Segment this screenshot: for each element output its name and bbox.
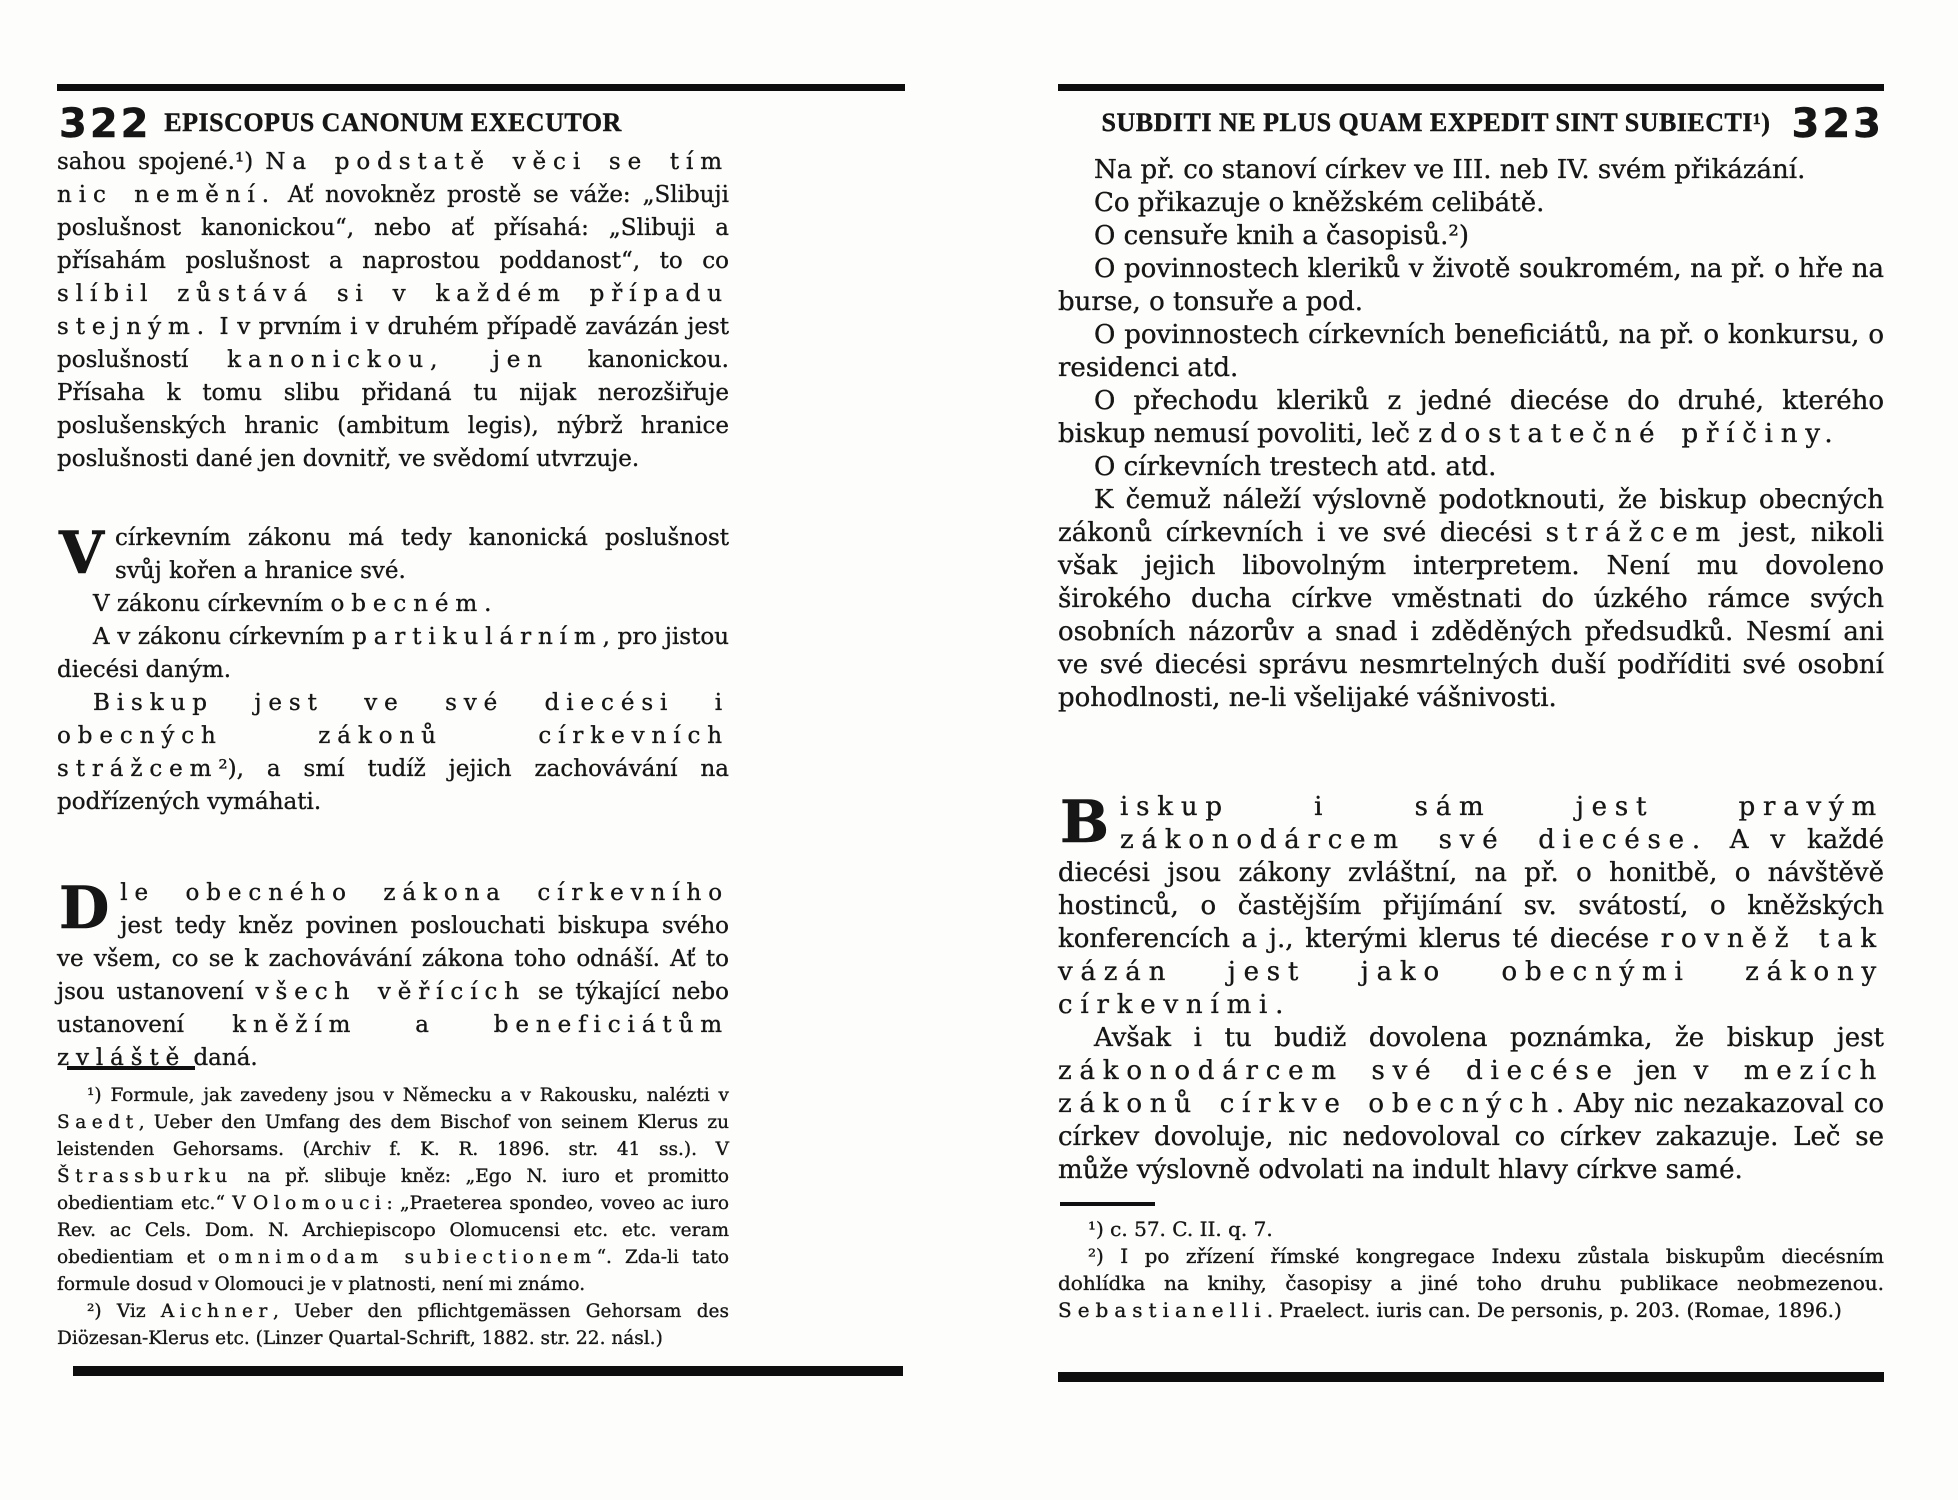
paragraph: Avšak i tu budiž dovolena poznámka, že b… [1058,1022,1884,1187]
drop-cap: B [1060,798,1109,846]
emphasized-spaced-text: omnimodam subiectionem [218,1247,596,1268]
paragraph: A v zákonu církevním partikulárním, pro … [57,621,729,687]
emphasized-spaced-text: partikulárním [352,624,603,650]
drop-cap: D [59,884,109,932]
bottom-rule-left [73,1366,903,1376]
footnote-2: ²) Viz Aichner, Ueber den pflichtgemässe… [57,1298,729,1352]
page-323: SUBDITI NE PLUS QUAM EXPEDIT SINT SUBIEC… [1058,84,1884,1394]
body-text: ¹) Formule, jak zavedeny jsou v Německu … [87,1085,729,1106]
paragraph: Na př. co stanoví církev ve III. neb IV.… [1058,154,1884,187]
body-text: sahou spojené.¹) [57,149,265,175]
paragraph-dropcap-b: Biskup i sám jest pravým zákonodárcem sv… [1058,791,1884,1022]
paragraph-dropcap-v: Vcírkevním zákonu má tedy kanonická posl… [57,522,729,588]
paragraph: V zákonu církevním obecném. [57,588,729,621]
body-text: jen [1620,1056,1694,1086]
body-text: ¹) c. 57. C. II. q. 7. [1088,1217,1273,1241]
bottom-rule-right [1058,1372,1884,1382]
body-text: O církevních trestech atd. atd. [1094,452,1496,482]
emphasized-spaced-text: strážcem [1546,518,1728,548]
page-body-left: sahou spojené.¹) Na podstatě věci se tím… [57,146,729,1075]
body-text: . Praelect. iuris can. De personis, p. 2… [1267,1298,1842,1322]
paragraph: K čemuž náleží výslovně podotknouti, že … [1058,484,1884,715]
paragraph: O povinnostech kleriků v životě soukromé… [1058,253,1884,319]
paragraph: Biskup jest ve své diecési i obecných zá… [57,687,729,819]
body-text: církevním zákonu má tedy kanonická poslu… [115,525,729,584]
body-text: O censuře knih a časopisů.²) [1094,221,1469,251]
footnotes-right: ¹) c. 57. C. II. q. 7.²) I po zřízení ří… [1058,1216,1884,1324]
paragraph-dropcap-d: Dle obecného zákona církevního jest tedy… [57,877,729,1075]
emphasized-spaced-text: dostatečné příčiny. [1440,419,1840,449]
paragraph: Co přikazuje o kněžském celibátě. [1058,187,1884,220]
emphasized-spaced-text: kanonickou, jen [227,347,549,373]
footnote-1: ¹) Formule, jak zavedeny jsou v Německu … [57,1082,729,1298]
body-text: Na př. co stanoví církev ve III. neb IV.… [1094,155,1805,185]
drop-cap: V [59,529,104,577]
body-text: V zákonu církevním [93,591,331,617]
footnote-1: ¹) c. 57. C. II. q. 7. [1058,1216,1884,1243]
paragraph: O censuře knih a časopisů.²) [1058,220,1884,253]
page-body-right: Na př. co stanoví církev ve III. neb IV.… [1058,154,1884,1187]
emphasized-spaced-text: Sebastianelli [1058,1298,1267,1322]
body-text: Co přikazuje o kněžském celibátě. [1094,188,1544,218]
footnotes-left: ¹) Formule, jak zavedeny jsou v Německu … [57,1082,729,1352]
top-rule-left [57,84,905,91]
page-322: 322 EPISCOPUS CANONUM EXECUTOR sahou spo… [57,84,729,1394]
page-header-left: 322 EPISCOPUS CANONUM EXECUTOR [57,100,729,148]
footnote-separator-left [67,1066,195,1070]
emphasized-spaced-text: všech věřících [256,979,526,1005]
emphasized-spaced-text: zákonodárcem své diecése [1058,1056,1620,1086]
top-rule-right [1058,84,1884,91]
body-text: Avšak i tu budiž dovolena poznámka, že b… [1094,1023,1884,1053]
body-text: A v zákonu církevním [93,624,352,650]
body-text: , Ueber den Umfang des dem Bischof von s… [57,1112,729,1160]
emphasized-spaced-text: Aichner [161,1301,273,1322]
running-header-left: EPISCOPUS CANONUM EXECUTOR [57,108,729,138]
footnote-separator-right [1060,1202,1155,1206]
emphasized-spaced-text: Olomouci [253,1193,387,1214]
body-text: ²) I po zřízení římské kongregace Indexu… [1058,1244,1884,1295]
emphasized-spaced-text: le obecného zákona církevního [120,880,729,906]
paragraph: O církevních trestech atd. atd. [1058,451,1884,484]
body-text: O povinnostech kleriků v životě soukromé… [1058,254,1884,317]
running-header-right: SUBDITI NE PLUS QUAM EXPEDIT SINT SUBIEC… [1088,108,1784,138]
emphasized-spaced-text: Štrassburku [57,1166,233,1187]
emphasized-spaced-text: obecném. [331,591,499,617]
page-number-right: 323 [1792,102,1885,146]
body-text: O povinnostech církevních beneficiátů, n… [1058,320,1884,383]
page-header-right: SUBDITI NE PLUS QUAM EXPEDIT SINT SUBIEC… [1058,100,1884,148]
emphasized-spaced-text: Saedt [57,1112,139,1133]
body-text: daná. [186,1045,258,1071]
paragraph: O povinnostech církevních beneficiátů, n… [1058,319,1884,385]
body-text: ²) Viz [87,1301,161,1322]
paragraph: O přechodu kleriků z jedné diecése do dr… [1058,385,1884,451]
footnote-2: ²) I po zřízení římské kongregace Indexu… [1058,1243,1884,1324]
paragraph-continuation: sahou spojené.¹) Na podstatě věci se tím… [57,146,729,476]
